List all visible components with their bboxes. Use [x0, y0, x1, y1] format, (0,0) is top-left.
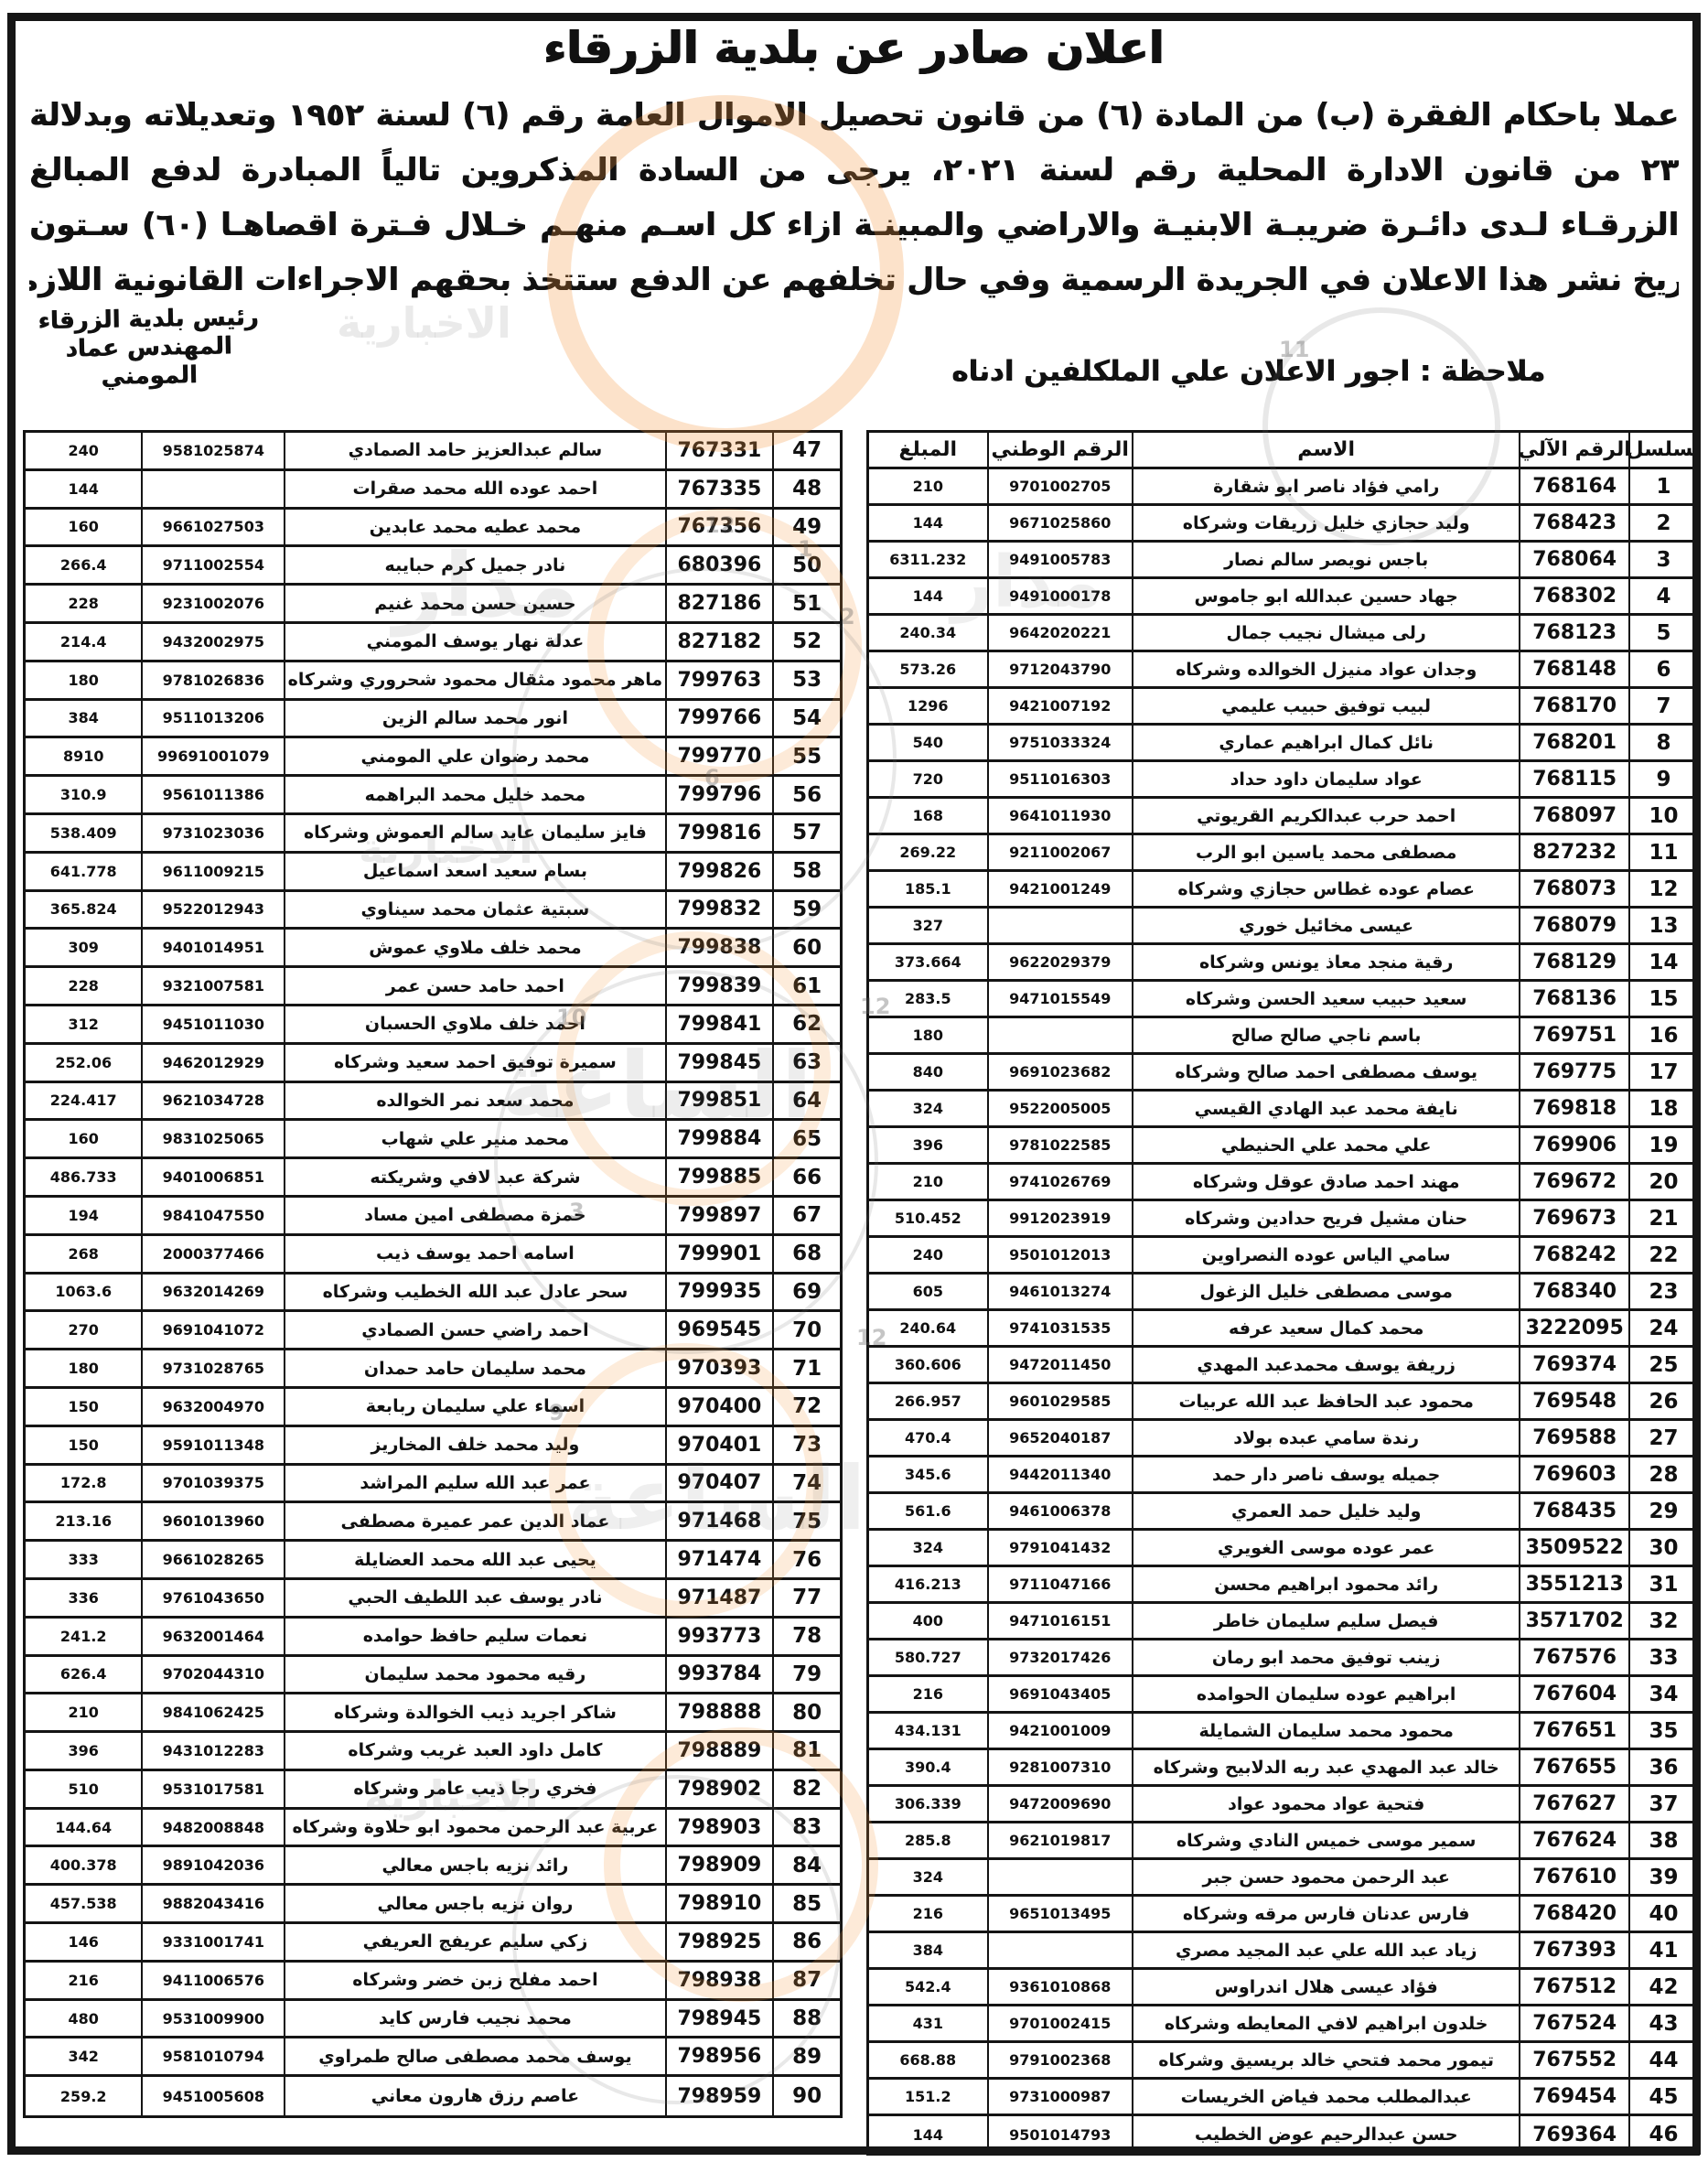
serial-cell: 10	[1628, 799, 1697, 833]
amount-cell: 327	[869, 909, 987, 942]
name-cell: احمد حامد حسن عمر	[284, 968, 665, 1004]
amount-cell: 240.64	[869, 1311, 987, 1345]
auto-number-cell: 767576	[1519, 1640, 1627, 1674]
header-cell-national: الرقم الوطني	[987, 433, 1132, 467]
name-cell: نائل كمال ابراهيم عماري	[1132, 726, 1520, 759]
amount-cell: 324	[869, 1531, 987, 1565]
auto-number-cell: 970407	[665, 1466, 772, 1501]
serial-cell: 80	[772, 1694, 840, 1730]
serial-cell: 87	[772, 1963, 840, 1998]
name-cell: يوسف محمد مصطفى صالح طمراوي	[284, 2038, 665, 2074]
charges-table-left: 47767331سالم عبدالعزيز حامد الصمادي95810…	[23, 430, 843, 2118]
name-cell: عربية عبد الرحمن محمود ابو حلاوة وشركاه	[284, 1810, 665, 1845]
amount-cell: 365.824	[26, 892, 141, 928]
amount-cell: 150	[26, 1427, 141, 1463]
table-row: 79993784رقيه محمود محمد سليمان9702044310…	[26, 1657, 840, 1695]
table-row: 59799832سبتية عثمان محمد سيناوي952201294…	[26, 892, 840, 930]
name-cell: زكي سليم عريفج العريفي	[284, 1924, 665, 1960]
auto-number-cell: 3509522	[1519, 1531, 1627, 1565]
name-cell: شاكر اجريد ذيب الخوالدة وشركاه	[284, 1694, 665, 1730]
national-number-cell: 9701002705	[987, 469, 1132, 503]
amount-cell: 457.538	[26, 1886, 141, 1921]
amount-cell: 384	[869, 1933, 987, 1967]
national-number-cell: 9501012013	[987, 1238, 1132, 1272]
national-number-cell: 9421007192	[987, 689, 1132, 723]
auto-number-cell: 768136	[1519, 982, 1627, 1016]
name-cell: جهاد حسين عبدالله ابو جاموس	[1132, 579, 1520, 613]
serial-cell: 31	[1628, 1567, 1697, 1601]
amount-cell: 641.778	[26, 854, 141, 889]
name-cell: محمد نجيب فارس كايد	[284, 2001, 665, 2037]
serial-cell: 27	[1628, 1421, 1697, 1455]
signature-name: المهندس عماد المومني	[18, 332, 280, 393]
national-number-cell: 9731000987	[987, 2080, 1132, 2114]
name-cell: عواد سليمان داود حداد	[1132, 762, 1520, 796]
table-row: 68799901اسامه احمد يوسف ذيب2000377466268	[26, 1236, 840, 1275]
body-line-4: تاريخ نشر هذا الاعلان في الجريدة الرسمية…	[29, 253, 1679, 307]
amount-cell: 216	[869, 1897, 987, 1931]
name-cell: لبيب توفيق حبيب عليمي	[1132, 689, 1520, 723]
announcement-body: عملا باحكام الفقرة (ب) من المادة (٦) من …	[29, 88, 1679, 307]
auto-number-cell: 767624	[1519, 1823, 1627, 1857]
name-cell: رقيه محمود محمد سليمان	[284, 1657, 665, 1693]
name-cell: محمد رضوان علي المومني	[284, 738, 665, 774]
serial-cell: 13	[1628, 909, 1697, 942]
national-number-cell: 9781026836	[141, 662, 284, 698]
auto-number-cell: 769672	[1519, 1165, 1627, 1199]
auto-number-cell: 767610	[1519, 1860, 1627, 1894]
serial-cell: 2	[1628, 506, 1697, 540]
signature-title: رئيس بلدية الزرقاء	[17, 304, 278, 337]
national-number-cell: 9331001741	[141, 1924, 284, 1960]
table-row: 13768079عيسى مخائيل خوري327	[869, 909, 1697, 945]
serial-cell: 60	[772, 930, 840, 965]
national-number-cell: 9642020221	[987, 616, 1132, 650]
national-number-cell: 9442011340	[987, 1457, 1132, 1491]
table-row: 38767624سمير موسى خميس النادي وشركاه9621…	[869, 1823, 1697, 1860]
amount-cell: 144	[869, 2116, 987, 2153]
table-row: 50680396نادر جميل كرم حبايبه971100255426…	[26, 547, 840, 586]
table-row: 78993773نعمات سليم حافظ حوامده9632001464…	[26, 1619, 840, 1657]
national-number-cell: 9491005783	[987, 543, 1132, 576]
auto-number-cell: 767604	[1519, 1677, 1627, 1711]
national-number-cell: 9701002415	[987, 2006, 1132, 2040]
serial-cell: 74	[772, 1466, 840, 1501]
name-cell: سعيد حبيب سعيد الحسن وشركاه	[1132, 982, 1520, 1016]
table-row: 28769603جميله يوسف ناصر دار حمد944201134…	[869, 1457, 1697, 1494]
table-row: 77971487نادر يوسف عبد اللطيف الحبي976104…	[26, 1580, 840, 1619]
auto-number-cell: 971474	[665, 1542, 772, 1577]
amount-cell: 324	[869, 1092, 987, 1125]
serial-cell: 15	[1628, 982, 1697, 1016]
auto-number-cell: 827186	[665, 586, 772, 621]
auto-number-cell: 798910	[665, 1886, 772, 1921]
amount-cell: 360.606	[869, 1348, 987, 1382]
table-row: 43767524خلدون ابراهيم لافي المعايطه وشرك…	[869, 2006, 1697, 2043]
body-line-2: ٢٣ من قانون الادارة المحلية رقم لسنة ٢٠٢…	[29, 143, 1679, 198]
auto-number-cell: 798945	[665, 2001, 772, 2037]
announcement-page: اعلان صادر عن بلدية الزرقاء عملا باحكام …	[0, 0, 1708, 2162]
amount-cell: 1296	[869, 689, 987, 723]
table-row: 75971468عماد الدين عمر عميرة مصطفى960101…	[26, 1503, 840, 1542]
serial-cell: 22	[1628, 1238, 1697, 1272]
amount-cell: 210	[869, 469, 987, 503]
auto-number-cell: 767627	[1519, 1787, 1627, 1821]
table-row: 27769588رندة سامي عبده بولاد965204018747…	[869, 1421, 1697, 1457]
national-number-cell: 2000377466	[141, 1236, 284, 1272]
table-row: 5768123رلى ميشال نجيب جمال9642020221240.…	[869, 616, 1697, 652]
auto-number-cell: 767393	[1519, 1933, 1627, 1967]
table-row: 72970400اسماء علي سليمان ربابعة963200497…	[26, 1389, 840, 1427]
name-cell: موسى مصطفى خليل الزغول	[1132, 1275, 1520, 1308]
amount-cell: 668.88	[869, 2043, 987, 2077]
serial-cell: 76	[772, 1542, 840, 1577]
table-row: 53799763ماهر محمود مثقال محمود شحروري وش…	[26, 662, 840, 701]
national-number-cell: 9421001249	[987, 872, 1132, 906]
auto-number-cell: 769548	[1519, 1384, 1627, 1418]
amount-cell: 180	[26, 1350, 141, 1386]
amount-cell: 214.4	[26, 624, 141, 660]
amount-cell: 144.64	[26, 1810, 141, 1845]
serial-cell: 6	[1628, 652, 1697, 686]
serial-cell: 81	[772, 1733, 840, 1769]
serial-cell: 43	[1628, 2006, 1697, 2040]
serial-cell: 42	[1628, 1970, 1697, 2004]
table-row: 8768201نائل كمال ابراهيم عماري9751033324…	[869, 726, 1697, 762]
national-number-cell: 9281007310	[987, 1750, 1132, 1784]
national-number-cell: 9511016303	[987, 762, 1132, 796]
serial-cell: 30	[1628, 1531, 1697, 1565]
national-number-cell: 9531009900	[141, 2001, 284, 2037]
national-number-cell: 9622029379	[987, 945, 1132, 979]
table-row: 87798938احمد مفلح زبن خضر وشركاه94110065…	[26, 1963, 840, 2001]
table-row: 9768115عواد سليمان داود حداد951101630372…	[869, 762, 1697, 799]
name-cell: نعمات سليم حافظ حوامده	[284, 1619, 665, 1654]
auto-number-cell: 799839	[665, 968, 772, 1004]
amount-cell: 510.452	[869, 1201, 987, 1235]
name-cell: رائد نزيه باجس معالي	[284, 1847, 665, 1883]
name-cell: احمد مفلح زبن خضر وشركاه	[284, 1963, 665, 1998]
auto-number-cell: 768164	[1519, 469, 1627, 503]
national-number-cell: 9661028265	[141, 1542, 284, 1577]
name-cell: رلى ميشال نجيب جمال	[1132, 616, 1520, 650]
auto-number-cell: 798903	[665, 1810, 772, 1845]
table-row: 64799851محمد سعد نمر الخوالده96210347282…	[26, 1083, 840, 1122]
amount-cell: 269.22	[869, 835, 987, 869]
name-cell: خالد عبد المهدي عبد ربه الدلابيح وشركاه	[1132, 1750, 1520, 1784]
serial-cell: 65	[772, 1121, 840, 1156]
national-number-cell: 9421001009	[987, 1714, 1132, 1748]
amount-cell: 210	[26, 1694, 141, 1730]
auto-number-cell: 798938	[665, 1963, 772, 1998]
national-number-cell: 99691001079	[141, 738, 284, 774]
auto-number-cell: 3571702	[1519, 1604, 1627, 1638]
name-cell: احمد راضي حسن الصمادي	[284, 1312, 665, 1348]
serial-cell: 66	[772, 1159, 840, 1195]
auto-number-cell: 799770	[665, 738, 772, 774]
auto-number-cell: 827182	[665, 624, 772, 660]
amount-cell: 396	[26, 1733, 141, 1769]
table-row: 41767393زياد عبد الله علي عبد المجيد مصر…	[869, 1933, 1697, 1970]
name-cell: وليد خليل حمد العمري	[1132, 1494, 1520, 1528]
auto-number-cell: 769454	[1519, 2080, 1627, 2114]
serial-cell: 12	[1628, 872, 1697, 906]
name-cell: سامي الياس عوده النصراوين	[1132, 1238, 1520, 1272]
serial-cell: 46	[1628, 2116, 1697, 2153]
amount-cell: 720	[869, 762, 987, 796]
serial-cell: 14	[1628, 945, 1697, 979]
table-row: 52827182عدلة نهار يوسف المومني9432002975…	[26, 624, 840, 662]
auto-number-cell: 971468	[665, 1503, 772, 1539]
auto-number-cell: 768079	[1519, 909, 1627, 942]
body-line-1: عملا باحكام الفقرة (ب) من المادة (٦) من …	[29, 88, 1679, 143]
national-number-cell: 9912023919	[987, 1201, 1132, 1235]
auto-number-cell: 798956	[665, 2038, 772, 2074]
name-cell: عبدالمطلب محمد فياض الخريسات	[1132, 2080, 1520, 2114]
table-row: 39767610عبد الرحمن محمود حسن جبر324	[869, 1860, 1697, 1897]
amount-cell: 194	[26, 1198, 141, 1233]
name-cell: انور محمد سالم الزين	[284, 701, 665, 737]
table-row: 19769906علي محمد علي الحنيطي978102258539…	[869, 1128, 1697, 1165]
name-cell: باسم ناجي صالح صالح	[1132, 1018, 1520, 1052]
name-cell: نادر جميل كرم حبايبه	[284, 547, 665, 583]
auto-number-cell: 769818	[1519, 1092, 1627, 1125]
amount-cell: 150	[26, 1389, 141, 1425]
header-cell-name: الاسم	[1132, 433, 1520, 467]
name-cell: عماد الدين عمر عميرة مصطفى	[284, 1503, 665, 1539]
national-number-cell: 9711047166	[987, 1567, 1132, 1601]
serial-cell: 50	[772, 547, 840, 583]
table-row: 29768435وليد خليل حمد العمري946100637856…	[869, 1494, 1697, 1531]
table-row: 56799796محمد خليل محمد البراهمه956101138…	[26, 777, 840, 815]
auto-number-cell: 799851	[665, 1083, 772, 1119]
name-cell: محمد عطيه محمد عابدين	[284, 510, 665, 545]
amount-cell: 210	[869, 1165, 987, 1199]
auto-number-cell: 798889	[665, 1733, 772, 1769]
serial-cell: 84	[772, 1847, 840, 1883]
national-number-cell: 9231002076	[141, 586, 284, 621]
table-row: 81798889كامل داود العبد غريب وشركاه94310…	[26, 1733, 840, 1771]
table-row: 71970393محمد سليمان حامد حمدان9731028765…	[26, 1350, 840, 1389]
auto-number-cell: 769673	[1519, 1201, 1627, 1235]
table-row: 49767356محمد عطيه محمد عابدين96610275031…	[26, 510, 840, 548]
national-number-cell: 9431012283	[141, 1733, 284, 1769]
header-cell-auto: الرقم الآلي	[1519, 433, 1627, 467]
auto-number-cell: 768420	[1519, 1897, 1627, 1931]
amount-cell: 160	[26, 1121, 141, 1156]
table-row: 14768129رقية منجد معاذ يونس وشركاه962202…	[869, 945, 1697, 982]
national-number-cell: 9501014793	[987, 2116, 1132, 2153]
auto-number-cell: 768123	[1519, 616, 1627, 650]
serial-cell: 26	[1628, 1384, 1697, 1418]
auto-number-cell: 767356	[665, 510, 772, 545]
table-row: 20769672مهند احمد صادق عوقل وشركاه974102…	[869, 1165, 1697, 1201]
name-cell: اسامه احمد يوسف ذيب	[284, 1236, 665, 1272]
name-cell: شركة عبد لافي وشريكته	[284, 1159, 665, 1195]
auto-number-cell: 768115	[1519, 762, 1627, 796]
serial-cell: 19	[1628, 1128, 1697, 1162]
amount-cell: 252.06	[26, 1045, 141, 1081]
serial-cell: 62	[772, 1006, 840, 1042]
name-cell: باجس نويصر سالم نصار	[1132, 543, 1520, 576]
national-number-cell: 9691041072	[141, 1312, 284, 1348]
name-cell: وليد محمد خلف المخاريز	[284, 1427, 665, 1463]
name-cell: فؤاد عيسى هلال اندراوس	[1132, 1970, 1520, 2004]
serial-cell: 77	[772, 1580, 840, 1616]
name-cell: عيسى مخائيل خوري	[1132, 909, 1520, 942]
national-number-cell: 9761043650	[141, 1580, 284, 1616]
name-cell: اسماء علي سليمان ربابعة	[284, 1389, 665, 1425]
table-row: 62799841احمد خلف ملاوي الحسبان9451011030…	[26, 1006, 840, 1045]
table-row: 63799845سميرة توفيق احمد سعيد وشركاه9462…	[26, 1045, 840, 1083]
amount-cell: 1063.6	[26, 1275, 141, 1310]
auto-number-cell: 768302	[1519, 579, 1627, 613]
amount-cell: 270	[26, 1312, 141, 1348]
amount-cell: 146	[26, 1924, 141, 1960]
signature-block: رئيس بلدية الزرقاء المهندس عماد المومني	[17, 304, 280, 393]
serial-cell: 20	[1628, 1165, 1697, 1199]
national-number-cell: 9691043405	[987, 1677, 1132, 1711]
amount-cell: 470.4	[869, 1421, 987, 1455]
auto-number-cell: 799901	[665, 1236, 772, 1272]
national-number-cell: 9882043416	[141, 1886, 284, 1921]
national-number-cell: 9451005608	[141, 2077, 284, 2115]
name-cell: محمد خليل محمد البراهمه	[284, 777, 665, 812]
table-row: 46769364حسن عبدالرحيم عوض الخطيب95010147…	[869, 2116, 1697, 2153]
amount-cell: 213.16	[26, 1503, 141, 1539]
name-cell: سبتية عثمان محمد سيناوي	[284, 892, 665, 928]
serial-cell: 29	[1628, 1494, 1697, 1528]
national-number-cell: 9691023682	[987, 1055, 1132, 1089]
name-cell: محمد منير علي شهاب	[284, 1121, 665, 1156]
serial-cell: 23	[1628, 1275, 1697, 1308]
name-cell: سحر عادل عبد الله الخطيب وشركاه	[284, 1275, 665, 1310]
name-cell: مهند احمد صادق عوقل وشركاه	[1132, 1165, 1520, 1199]
name-cell: نادر يوسف عبد اللطيف الحبي	[284, 1580, 665, 1616]
national-number-cell: 9211002067	[987, 835, 1132, 869]
national-number-cell: 9401006851	[141, 1159, 284, 1195]
serial-cell: 37	[1628, 1787, 1697, 1821]
table-row: 69799935سحر عادل عبد الله الخطيب وشركاه9…	[26, 1275, 840, 1313]
national-number-cell: 9491000178	[987, 579, 1132, 613]
name-cell: عصام عوده غطاس حجازي وشركاه	[1132, 872, 1520, 906]
auto-number-cell: 798959	[665, 2077, 772, 2115]
amount-cell: 626.4	[26, 1657, 141, 1693]
serial-cell: 38	[1628, 1823, 1697, 1857]
auto-number-cell: 799826	[665, 854, 772, 889]
name-cell: زياد عبد الله علي عبد المجيد مصري	[1132, 1933, 1520, 1967]
national-number-cell: 9791041432	[987, 1531, 1132, 1565]
national-number-cell: 9831025065	[141, 1121, 284, 1156]
auto-number-cell: 799763	[665, 662, 772, 698]
table-row: 313551213رائد محمود ابراهيم محسن97110471…	[869, 1567, 1697, 1604]
amount-cell: 333	[26, 1542, 141, 1577]
name-cell: محمد سليمان حامد حمدان	[284, 1350, 665, 1386]
table-row: 16769751باسم ناجي صالح صالح180	[869, 1018, 1697, 1055]
amount-cell: 580.727	[869, 1640, 987, 1674]
name-cell: حسين حسن محمد غنيم	[284, 586, 665, 621]
auto-number-cell: 798909	[665, 1847, 772, 1883]
amount-cell: 172.8	[26, 1466, 141, 1501]
table-row: 70969545احمد راضي حسن الصمادي96910410722…	[26, 1312, 840, 1350]
auto-number-cell: 768097	[1519, 799, 1627, 833]
auto-number-cell: 768073	[1519, 872, 1627, 906]
auto-number-cell: 768435	[1519, 1494, 1627, 1528]
national-number-cell: 9621019817	[987, 1823, 1132, 1857]
serial-cell: 88	[772, 2001, 840, 2037]
national-number-cell: 9561011386	[141, 777, 284, 812]
amount-cell: 840	[869, 1055, 987, 1089]
amount-cell: 185.1	[869, 872, 987, 906]
table-row: 40768420فارس عدنان فارس مرقه وشركاه96510…	[869, 1897, 1697, 1933]
table-row: 6768148وجدان عواد منيزل الخوالده وشركاه9…	[869, 652, 1697, 689]
table-row: 65799884محمد منير علي شهاب9831025065160	[26, 1121, 840, 1159]
table-row: 47767331سالم عبدالعزيز حامد الصمادي95810…	[26, 433, 840, 471]
serial-cell: 51	[772, 586, 840, 621]
table-row: 10768097احمد حرب عبدالكريم القريوتي96410…	[869, 799, 1697, 835]
table-row: 3768064باجس نويصر سالم نصار9491005783631…	[869, 543, 1697, 579]
name-cell: مصطفى محمد ياسين ابو الرب	[1132, 835, 1520, 869]
amount-cell: 486.733	[26, 1159, 141, 1195]
name-cell: ماهر محمود مثقال محمود شحروري وشركاه	[284, 662, 665, 698]
name-cell: وليد حجازي خليل زريقات وشركاه	[1132, 506, 1520, 540]
serial-cell: 82	[772, 1771, 840, 1807]
amount-cell: 573.26	[869, 652, 987, 686]
national-number-cell: 9591011348	[141, 1427, 284, 1463]
national-number-cell	[987, 1860, 1132, 1894]
national-number-cell	[141, 471, 284, 507]
table-row: 44767552تيمور محمد فتحي خالد بريسيق وشرك…	[869, 2043, 1697, 2080]
serial-cell: 58	[772, 854, 840, 889]
table-row: 67799897حمزة مصطفى امين مساد984104755019…	[26, 1198, 840, 1236]
auto-number-cell: 3222095	[1519, 1311, 1627, 1345]
amount-cell: 266.957	[869, 1384, 987, 1418]
table-row: 42767512فؤاد عيسى هلال اندراوس9361010868…	[869, 1970, 1697, 2006]
national-number-cell: 9641011930	[987, 799, 1132, 833]
amount-cell: 336	[26, 1580, 141, 1616]
amount-cell: 373.664	[869, 945, 987, 979]
amount-cell: 542.4	[869, 1970, 987, 2004]
auto-number-cell: 768242	[1519, 1238, 1627, 1272]
table-row: 57799816فايز سليمان عايد سالم العموش وشر…	[26, 815, 840, 854]
amount-cell: 283.5	[869, 982, 987, 1016]
table-row: 4768302جهاد حسين عبدالله ابو جاموس949100…	[869, 579, 1697, 616]
table-row: 74970407عمر عبد الله سليم المراشد9701039…	[26, 1466, 840, 1504]
serial-cell: 5	[1628, 616, 1697, 650]
national-number-cell: 9651013495	[987, 1897, 1132, 1931]
amount-cell: 216	[869, 1677, 987, 1711]
table-row: 35767651محمود محمد سليمان الشمايلة942100…	[869, 1714, 1697, 1750]
serial-cell: 35	[1628, 1714, 1697, 1748]
serial-cell: 63	[772, 1045, 840, 1081]
table-row: 15768136سعيد حبيب سعيد الحسن وشركاه94710…	[869, 982, 1697, 1018]
amount-cell: 342	[26, 2038, 141, 2074]
national-number-cell	[987, 1018, 1132, 1052]
auto-number-cell: 767331	[665, 433, 772, 468]
amount-cell: 160	[26, 510, 141, 545]
serial-cell: 78	[772, 1619, 840, 1654]
national-number-cell: 9601013960	[141, 1503, 284, 1539]
serial-cell: 8	[1628, 726, 1697, 759]
national-number-cell: 9531017581	[141, 1771, 284, 1807]
name-cell: زينب توفيق محمد ابو رمان	[1132, 1640, 1520, 1674]
amount-cell: 240	[869, 1238, 987, 1272]
national-number-cell: 9522005005	[987, 1092, 1132, 1125]
national-number-cell: 9712043790	[987, 652, 1132, 686]
national-number-cell: 9461006378	[987, 1494, 1132, 1528]
national-number-cell	[987, 1933, 1132, 1967]
name-cell: حسن عبدالرحيم عوض الخطيب	[1132, 2116, 1520, 2153]
